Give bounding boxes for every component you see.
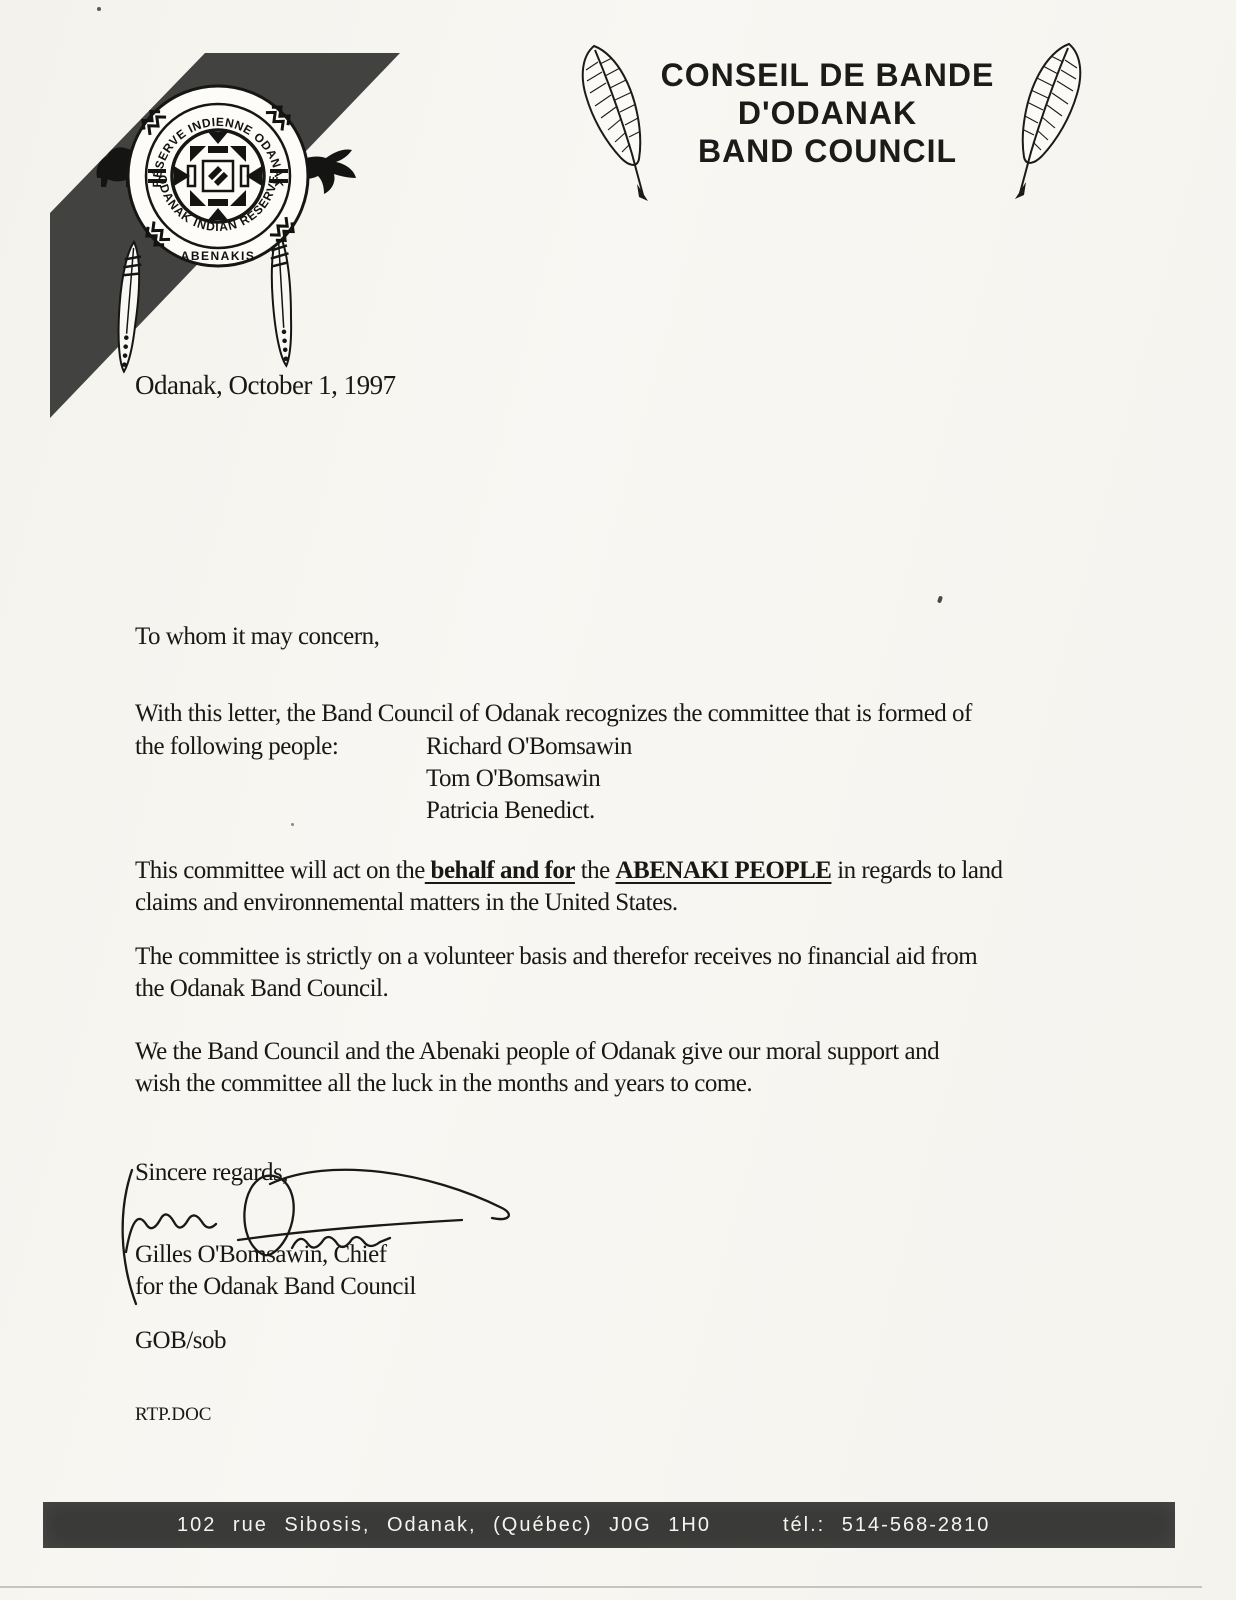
committee-member-2: Tom O'Bomsawin [426,766,600,791]
footer-address-bar: 102 rue Sibosis, Odanak, (Québec) J0G 1H… [43,1502,1175,1548]
footer-phone: tél.: 514-568-2810 [783,1514,990,1537]
p2-text: This committee will act on the [135,857,425,884]
salutation: To whom it may concern, [135,624,379,649]
paragraph3-line2: the Odanak Band Council. [135,976,388,1001]
reference-initials: GOB/sob [135,1328,226,1353]
quill-feather-left-icon [568,40,668,210]
p2-text-end: in regards to land [831,857,1002,884]
paragraph3-line1: The committee is strictly on a volunteer… [135,944,977,969]
hanging-feather-right-icon [268,231,296,366]
scan-speck [291,823,294,826]
footer-address: 102 rue Sibosis, Odanak, (Québec) J0G 1H… [177,1514,711,1537]
scan-edge-line [0,1586,1202,1588]
paragraph4-line2: wish the committee all the luck in the m… [135,1071,752,1096]
p2-underlined-phrase-1: behalf and for [425,857,575,884]
paragraph1-label: the following people: [135,734,338,759]
p2-text-mid: the [575,857,616,884]
committee-member-3: Patricia Benedict. [426,798,595,823]
paragraph1-line1: With this letter, the Band Council of Od… [135,701,972,726]
quill-feather-right-icon [995,38,1095,208]
paragraph4-line1: We the Band Council and the Abenaki peop… [135,1039,939,1064]
paragraph2-line2: claims and environnemental matters in th… [135,890,678,915]
odanak-band-seal-logo: RÉSERVE INDIENNE ODANAK ODANAK INDIAN RE… [40,36,470,466]
signer-name: Gilles O'Bomsawin, Chief [135,1242,387,1267]
scanned-letter-page: RÉSERVE INDIENNE ODANAK ODANAK INDIAN RE… [0,0,1236,1600]
committee-member-1: Richard O'Bomsawin [426,734,632,759]
scan-speck [97,7,101,11]
seal-caption-text: ABENAKIS [181,249,256,263]
signer-title: for the Odanak Band Council [135,1274,416,1299]
dateline: Odanak, October 1, 1997 [135,373,396,398]
scan-speck [937,596,943,604]
p2-underlined-phrase-2: ABENAKI PEOPLE [616,857,832,884]
document-reference: RTP.DOC [135,1402,211,1427]
paragraph2-line1: This committee will act on the behalf an… [135,858,1002,883]
